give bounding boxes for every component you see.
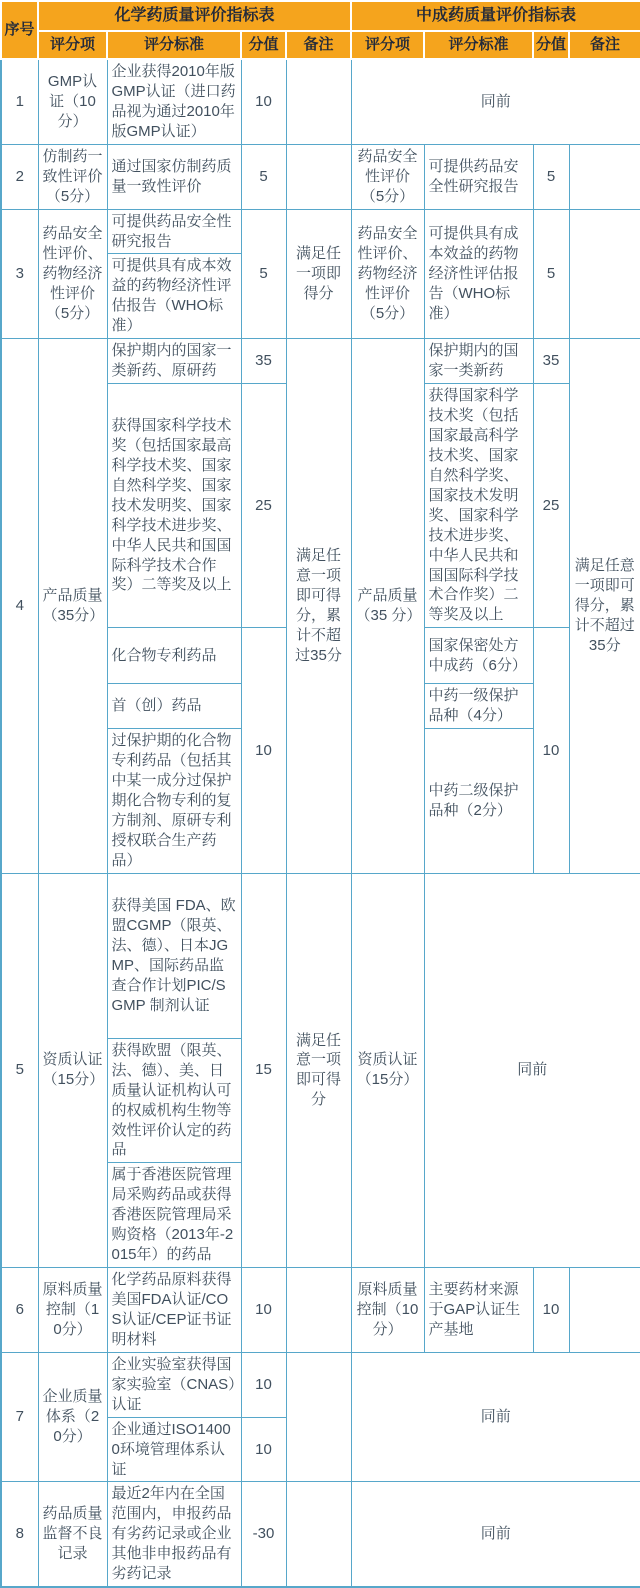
row-number-cell: 7 bbox=[1, 1352, 38, 1482]
criteria-cell: 主要药材来源于GAP认证生产基地 bbox=[424, 1268, 533, 1353]
criteria-cell: 保护期内的国家一类新药、原研药 bbox=[107, 339, 241, 384]
score-value-cell: 10 bbox=[241, 59, 286, 144]
same-as-before-cell: 同前 bbox=[351, 59, 640, 144]
score-item-cell: 药品安全性评价、药物经济性评价（5分） bbox=[351, 209, 424, 339]
note-cell-empty bbox=[286, 144, 351, 209]
score-value-cell: 10 bbox=[241, 628, 286, 873]
header-left-note: 备注 bbox=[286, 31, 351, 59]
header-right-note: 备注 bbox=[569, 31, 640, 59]
score-value-cell: 10 bbox=[533, 1268, 569, 1353]
header-right-criteria: 评分标准 bbox=[424, 31, 533, 59]
same-as-before-cell: 同前 bbox=[351, 1352, 640, 1482]
note-cell-empty bbox=[286, 1268, 351, 1353]
score-value-cell: 25 bbox=[533, 384, 569, 628]
header-left-criteria: 评分标准 bbox=[107, 31, 241, 59]
criteria-cell: 可提供药品安全性研究报告 bbox=[107, 209, 241, 254]
score-value-cell: 10 bbox=[241, 1417, 286, 1482]
note-cell: 满足任意一项即可得分，累计不超过35分 bbox=[286, 339, 351, 874]
note-cell-empty bbox=[569, 144, 640, 209]
criteria-cell: 首（创）药品 bbox=[107, 684, 241, 729]
note-cell-empty bbox=[286, 1482, 351, 1587]
criteria-cell: 企业通过ISO14000环境管理体系认证 bbox=[107, 1417, 241, 1482]
row-number-cell: 3 bbox=[1, 209, 38, 339]
note-cell-empty bbox=[286, 1352, 351, 1482]
header-left-table-title: 化学药质量评价指标表 bbox=[38, 1, 351, 31]
criteria-cell: 化学药品原料获得美国FDA认证/COS认证/CEP证书证明材料 bbox=[107, 1268, 241, 1353]
header-serial: 序号 bbox=[1, 1, 38, 59]
criteria-cell: 通过国家仿制药质量一致性评价 bbox=[107, 144, 241, 209]
header-left-item: 评分项 bbox=[38, 31, 107, 59]
score-item-cell: 企业质量体系（20分） bbox=[38, 1352, 107, 1482]
row-number-cell: 6 bbox=[1, 1268, 38, 1353]
criteria-cell: 获得欧盟（限英、法、德）、美、日质量认证机构认可的权威机构生物等效性评价认定的药… bbox=[107, 1038, 241, 1163]
row-number-cell: 4 bbox=[1, 339, 38, 874]
criteria-cell: 可提供具有成本效益的药物经济性评估报告（WHO标准） bbox=[424, 209, 533, 339]
row-number-cell: 2 bbox=[1, 144, 38, 209]
score-value-cell: 10 bbox=[241, 1268, 286, 1353]
score-item-cell: 产品质量（35 分） bbox=[351, 339, 424, 874]
row-number-cell: 5 bbox=[1, 873, 38, 1267]
score-item-cell: 产品质量（35分） bbox=[38, 339, 107, 874]
score-value-cell: 35 bbox=[533, 339, 569, 384]
criteria-cell: 过保护期的化合物专利药品（包括其中某一成分过保护期化合物专利的复方制剂、原研专利… bbox=[107, 729, 241, 874]
row-number-cell: 8 bbox=[1, 1482, 38, 1587]
score-value-cell: 5 bbox=[241, 209, 286, 339]
score-value-cell: 5 bbox=[241, 144, 286, 209]
criteria-cell: 获得美国 FDA、欧盟CGMP（限英、法、德）、日本JGMP、国际药品监查合作计… bbox=[107, 873, 241, 1038]
criteria-cell: 企业获得2010年版GMP认证（进口药品视为通过2010年版GMP认证） bbox=[107, 59, 241, 144]
note-cell: 满足任意一项即可得分 bbox=[286, 873, 351, 1267]
score-item-cell: 原料质量控制（10 分） bbox=[351, 1268, 424, 1353]
score-value-cell: 25 bbox=[241, 384, 286, 628]
criteria-cell: 获得国家科学技术奖（包括国家最高科学技术奖、国家自然科学奖、国家技术发明奖、国家… bbox=[107, 384, 241, 628]
score-value-cell: 5 bbox=[533, 144, 569, 209]
note-cell-empty bbox=[286, 59, 351, 144]
score-item-cell: 药品质量监督不良记录 bbox=[38, 1482, 107, 1587]
score-value-cell: 10 bbox=[241, 1352, 286, 1417]
score-value-cell: 10 bbox=[533, 628, 569, 873]
criteria-cell: 国家保密处方中成药（6分） bbox=[424, 628, 533, 684]
note-cell: 满足任一项即得分 bbox=[286, 209, 351, 339]
criteria-cell: 可提供具有成本效益的药物经济性评估报告（WHO标准） bbox=[107, 254, 241, 339]
score-item-cell: 药品安全性评价、药物经济性评价（5分） bbox=[38, 209, 107, 339]
header-left-score: 分值 bbox=[241, 31, 286, 59]
criteria-cell: 中药一级保护品种（4分） bbox=[424, 684, 533, 729]
criteria-cell: 属于香港医院管理局采购药品或获得香港医院管理局采购资格（2013年-2015年）… bbox=[107, 1163, 241, 1268]
same-as-before-cell: 同前 bbox=[424, 873, 640, 1267]
criteria-cell: 保护期内的国家一类新药 bbox=[424, 339, 533, 384]
score-item-cell: 资质认证（15分） bbox=[38, 873, 107, 1267]
same-as-before-cell: 同前 bbox=[351, 1482, 640, 1587]
note-cell-empty bbox=[569, 1268, 640, 1353]
criteria-cell: 可提供药品安全性研究报告 bbox=[424, 144, 533, 209]
drug-quality-evaluation-table: 序号 化学药质量评价指标表 中成药质量评价指标表 评分项 评分标准 分值 备注 … bbox=[0, 0, 640, 1588]
score-item-cell: 药品安全性评价（5分） bbox=[351, 144, 424, 209]
note-cell: 满足任意一项即可得分，累计不超过35分 bbox=[569, 339, 640, 874]
header-right-table-title: 中成药质量评价指标表 bbox=[351, 1, 640, 31]
score-value-cell: 35 bbox=[241, 339, 286, 384]
criteria-cell: 企业实验室获得国家实验室（CNAS）认证 bbox=[107, 1352, 241, 1417]
score-item-cell: 仿制药一致性评价（5分） bbox=[38, 144, 107, 209]
score-value-cell: 15 bbox=[241, 873, 286, 1267]
criteria-cell: 获得国家科学技术奖（包括国家最高科学技术奖、国家自然科学奖、国家技术发明奖、国家… bbox=[424, 384, 533, 628]
score-item-cell: GMP认证（10分） bbox=[38, 59, 107, 144]
criteria-cell: 最近2年内在全国范围内，申报药品有劣药记录或企业其他非申报药品有劣药记录 bbox=[107, 1482, 241, 1587]
row-number-cell: 1 bbox=[1, 59, 38, 144]
note-cell-empty bbox=[569, 209, 640, 339]
criteria-cell: 中药二级保护品种（2分） bbox=[424, 729, 533, 874]
header-right-score: 分值 bbox=[533, 31, 569, 59]
score-item-cell: 资质认证（15分） bbox=[351, 873, 424, 1267]
header-right-item: 评分项 bbox=[351, 31, 424, 59]
score-item-cell: 原料质量控制（10分） bbox=[38, 1268, 107, 1353]
criteria-cell: 化合物专利药品 bbox=[107, 628, 241, 684]
score-value-cell: -30 bbox=[241, 1482, 286, 1587]
score-value-cell: 5 bbox=[533, 209, 569, 339]
